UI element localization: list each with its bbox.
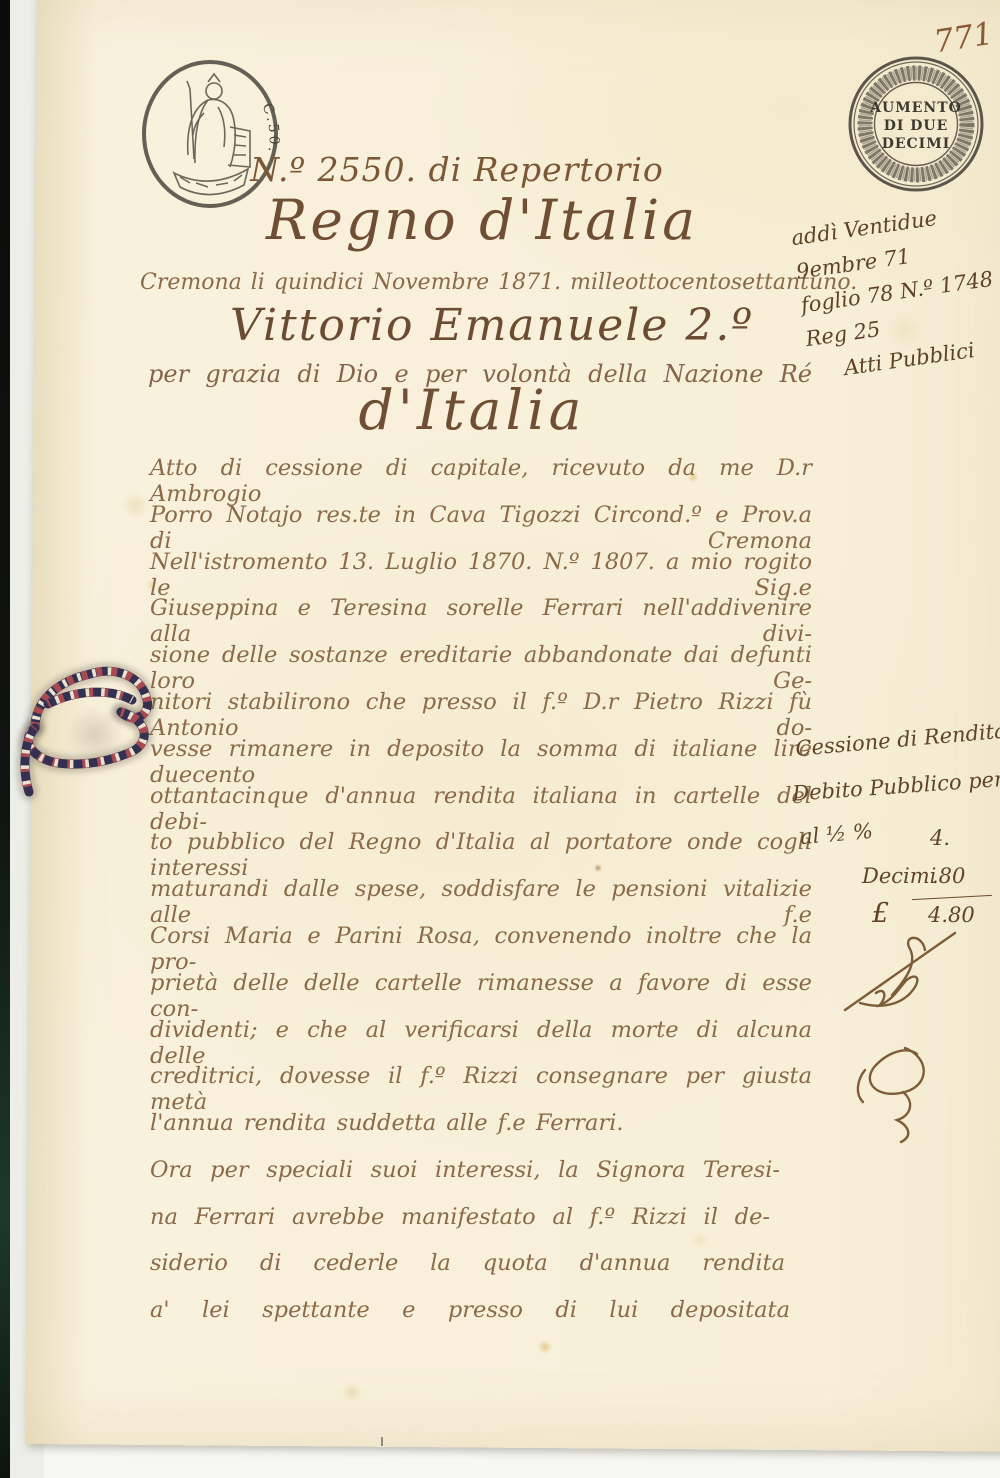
- manuscript-line: Atto di cessione di capitale, ricevuto d…: [150, 455, 812, 489]
- king-name-line: Vittorio Emanuele 2.º: [182, 300, 802, 351]
- manuscript-line: na Ferrari avrebbe manifestato al f.º Ri…: [150, 1204, 770, 1238]
- manuscript-line: dividenti; e che al verificarsi della mo…: [150, 1017, 812, 1051]
- surcharge-line-1: AUMENTO: [869, 100, 962, 116]
- stray-mark: [381, 1437, 383, 1446]
- scanned-document: 771 C.50.: [0, 0, 1000, 1478]
- dateline: Cremona li quindici Novembre 1871. mille…: [140, 270, 820, 295]
- manuscript-line: maturandi dalle spese, soddisfare le pen…: [150, 876, 812, 910]
- page-content: 771 C.50.: [0, 0, 1000, 1478]
- fee-note-title-2: Debito Pubblico per £ 800: [792, 762, 1000, 805]
- manuscript-line: Porro Notajo res.te in Cava Tigozzi Circ…: [150, 502, 812, 536]
- manuscript-line: Ora per speciali suoi interessi, la Sign…: [150, 1157, 780, 1191]
- fee-sum-line: [912, 895, 992, 900]
- manuscript-line: a' lei spettante e presso di lui deposit…: [150, 1297, 790, 1331]
- manuscript-line: sione delle sostanze ereditarie abbandon…: [150, 642, 812, 676]
- manuscript-line: l'annua rendita suddetta alle f.e Ferrar…: [150, 1110, 812, 1144]
- paraph-signature: [830, 915, 990, 1025]
- manuscript-line: to pubblico del Regno d'Italia al portat…: [150, 829, 812, 863]
- kingdom-title: Regno d'Italia: [192, 188, 772, 252]
- manuscript-line: Nell'istromento 13. Luglio 1870. N.º 180…: [150, 549, 812, 583]
- fee-rate-value: 4.: [930, 826, 950, 850]
- svg-text:C.50.: C.50.: [259, 101, 282, 156]
- surcharge-line-2: DI DUE: [884, 118, 949, 134]
- manuscript-line: creditrici, dovesse il f.º Rizzi consegn…: [150, 1063, 812, 1097]
- registration-note: addì Ventidue 9embre 71 foglio 78 N.º 17…: [789, 192, 1000, 390]
- binding-cord: [0, 640, 180, 820]
- manuscript-line: Giuseppina e Teresina sorelle Ferrari ne…: [150, 595, 812, 629]
- manuscript-line: siderio di cederle la quota d'annua rend…: [150, 1250, 785, 1284]
- manuscript-line: ottantacinque d'annua rendita italiana i…: [150, 783, 812, 817]
- fee-decimi-value: .80: [932, 864, 965, 888]
- manuscript-line: nitori stabilirono che presso il f.º D.r…: [150, 689, 812, 723]
- manuscript-line: prietà delle delle cartelle rimanesse a …: [150, 970, 812, 1004]
- paraph-signature: [835, 1030, 965, 1150]
- manuscript-line: vesse rimanere in deposito la somma di i…: [150, 736, 812, 770]
- revenue-stamp-value: C.50.: [259, 101, 282, 156]
- fee-decimi-label: Decimi: [862, 864, 936, 888]
- repertory-number-line: N.º 2550. di Repertorio: [232, 150, 682, 189]
- surcharge-line-3: DECIMI: [882, 136, 951, 152]
- surcharge-stamp-icon: AUMENTO DI DUE DECIMI: [843, 54, 991, 196]
- kingdom-of-line: d'Italia: [252, 378, 692, 442]
- fee-rate-label: al ½ %: [799, 819, 874, 849]
- manuscript-line: Corsi Maria e Parini Rosa, convenendo in…: [150, 923, 812, 957]
- fee-note-title-1: Cessione di Rendita del: [794, 715, 1000, 761]
